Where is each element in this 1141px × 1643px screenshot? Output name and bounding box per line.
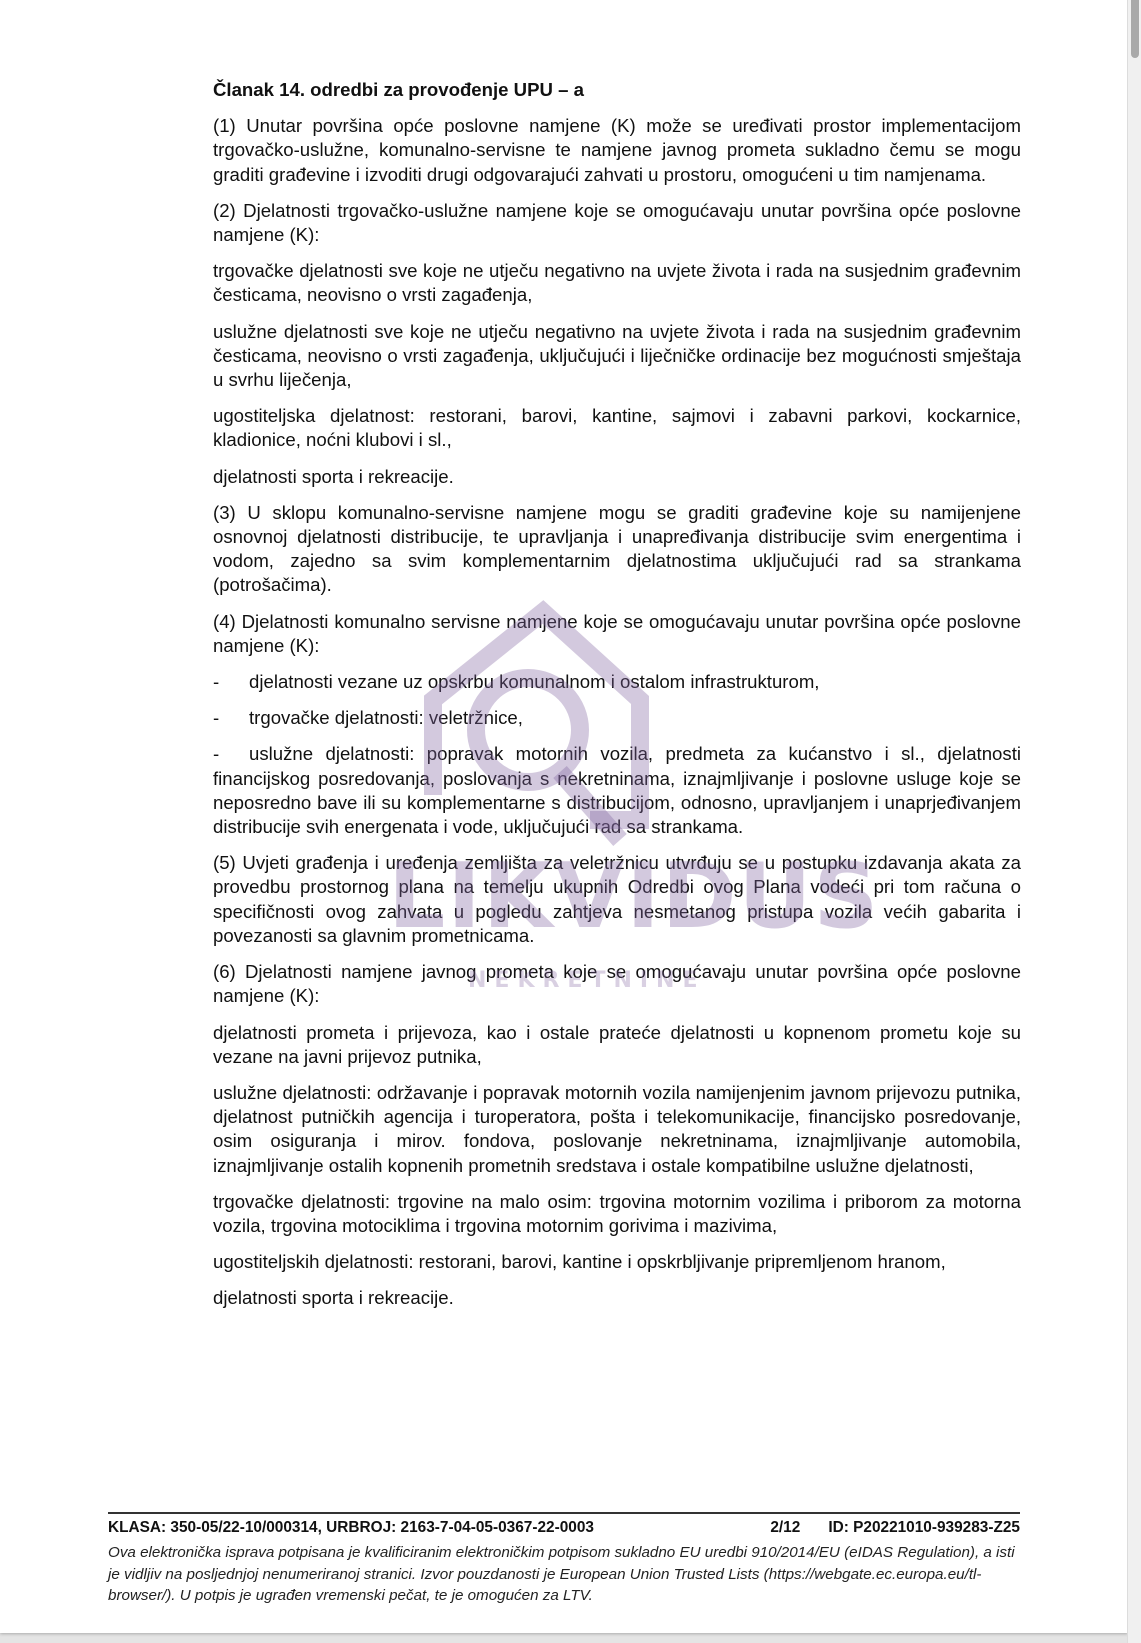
list-item: - djelatnosti vezane uz opskrbu komunaln…	[213, 670, 1021, 694]
paragraph-6-item-sport: djelatnosti sporta i rekreacije.	[213, 1286, 1021, 1310]
list-item-services: -uslužne djelatnosti: popravak motornih …	[213, 742, 1021, 839]
dash-bullet: -	[213, 742, 249, 766]
paragraph-6-item-services: uslužne djelatnosti: održavanje i poprav…	[213, 1081, 1021, 1178]
list-item-text: djelatnosti vezane uz opskrbu komunalnom…	[249, 670, 1021, 694]
paragraph-1: (1) Unutar površina opće poslovne namjen…	[213, 114, 1021, 187]
footer-reference-row: KLASA: 350-05/22-10/000314, URBROJ: 2163…	[108, 1518, 1020, 1538]
page-number: 2/12	[770, 1518, 828, 1538]
list-item-text: uslužne djelatnosti: popravak motornih v…	[213, 743, 1021, 837]
paragraph-6-item-hospitality: ugostiteljskih djelatnosti: restorani, b…	[213, 1250, 1021, 1274]
paragraph-6: (6) Djelatnosti namjene javnog prometa k…	[213, 960, 1021, 1008]
paragraph-2-item-hospitality: ugostiteljska djelatnost: restorani, bar…	[213, 404, 1021, 452]
paragraph-3: (3) U sklopu komunalno-servisne namjene …	[213, 501, 1021, 598]
dash-bullet: -	[213, 670, 249, 694]
document-id: ID: P20221010-939283-Z25	[828, 1518, 1020, 1538]
paragraph-2-item-trade: trgovačke djelatnosti sve koje ne utječu…	[213, 259, 1021, 307]
document-body: Članak 14. odredbi za provođenje UPU – a…	[213, 78, 1021, 1323]
list-item-text: trgovačke djelatnosti: veletržnice,	[249, 706, 1021, 730]
paragraph-5: (5) Uvjeti građenja i uređenja zemljišta…	[213, 851, 1021, 948]
dash-bullet: -	[213, 706, 249, 730]
document-page: Članak 14. odredbi za provođenje UPU – a…	[0, 0, 1128, 1633]
paragraph-6-item-trade: trgovačke djelatnosti: trgovine na malo …	[213, 1190, 1021, 1238]
vertical-scrollbar[interactable]	[1127, 0, 1141, 1643]
signature-note: Ova elektronička isprava potpisana je kv…	[108, 1542, 1020, 1607]
paragraph-4: (4) Djelatnosti komunalno servisne namje…	[213, 610, 1021, 658]
article-heading: Članak 14. odredbi za provođenje UPU – a	[213, 78, 1021, 102]
scrollbar-thumb[interactable]	[1131, 0, 1139, 58]
paragraph-6-item-transport: djelatnosti prometa i prijevoza, kao i o…	[213, 1021, 1021, 1069]
footer-reference: KLASA: 350-05/22-10/000314, URBROJ: 2163…	[108, 1518, 770, 1538]
paragraph-2-item-sport: djelatnosti sporta i rekreacije.	[213, 465, 1021, 489]
list-item: - trgovačke djelatnosti: veletržnice,	[213, 706, 1021, 730]
page-footer: KLASA: 350-05/22-10/000314, URBROJ: 2163…	[108, 1512, 1020, 1607]
paragraph-2-item-services: uslužne djelatnosti sve koje ne utječu n…	[213, 320, 1021, 393]
paragraph-2: (2) Djelatnosti trgovačko-uslužne namjen…	[213, 199, 1021, 247]
